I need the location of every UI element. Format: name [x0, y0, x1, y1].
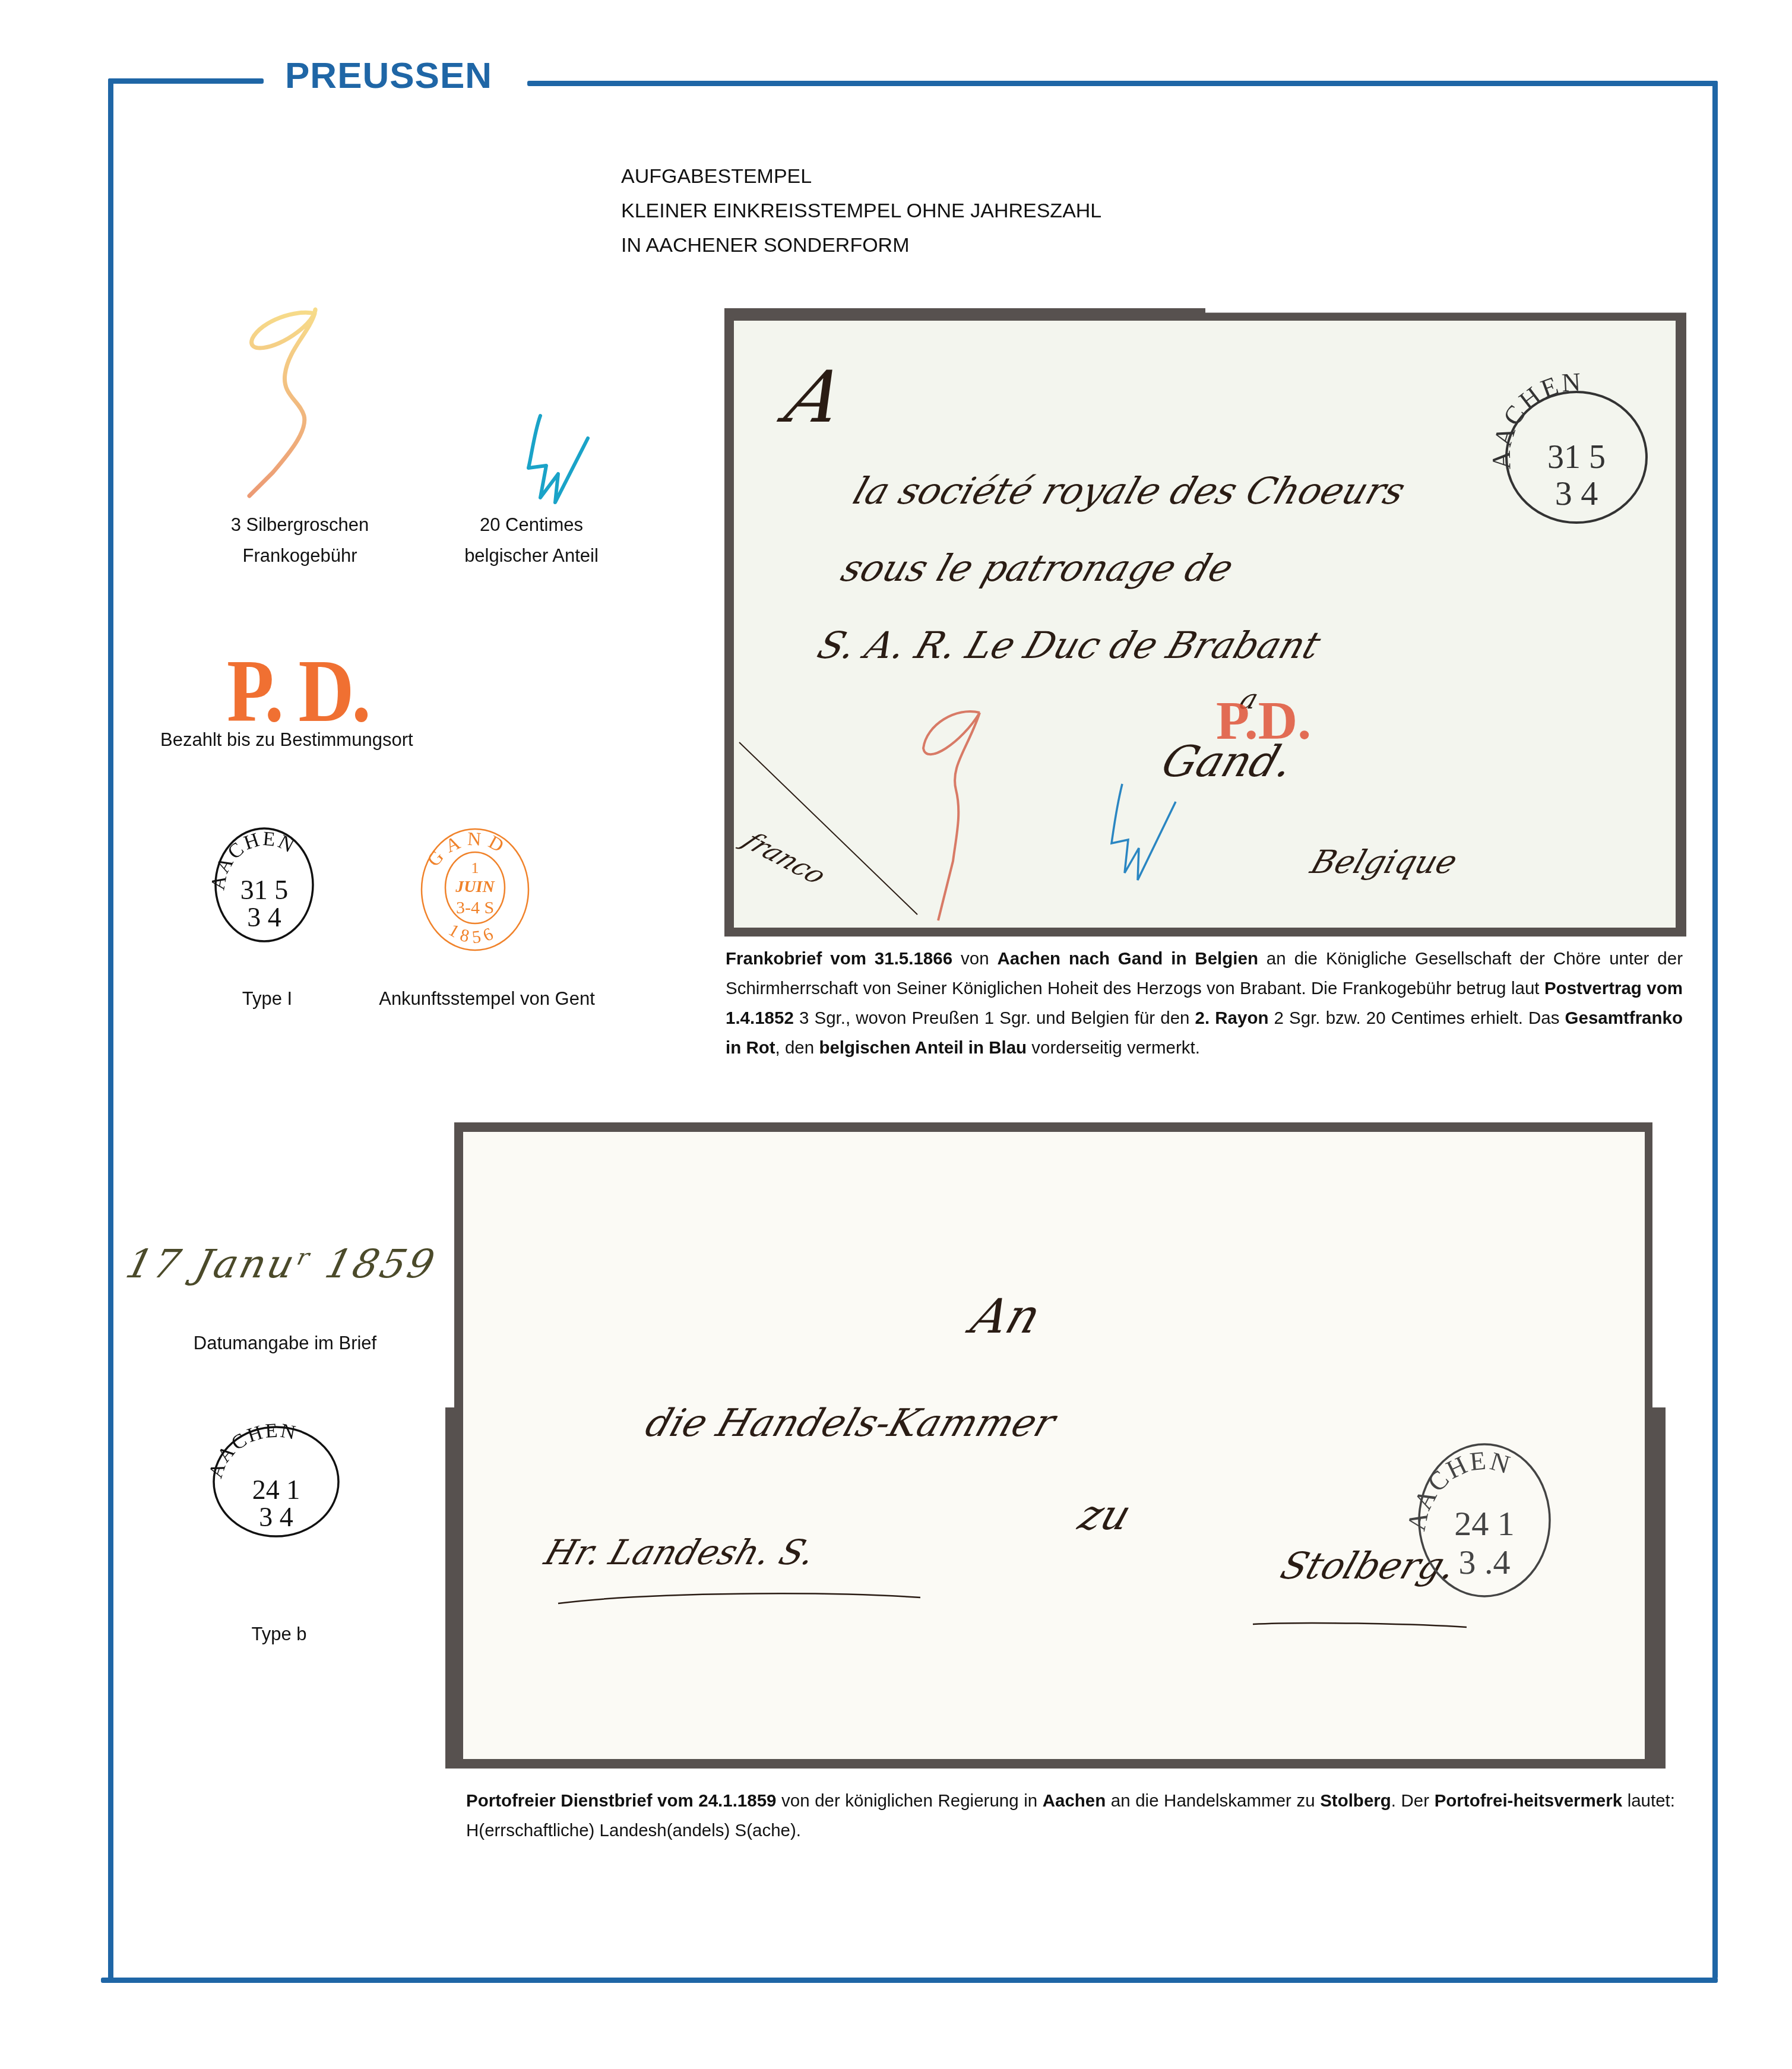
caption-segment: , den: [775, 1038, 819, 1058]
svg-text:JUIN: JUIN: [455, 878, 495, 896]
caption-segment: . Der: [1391, 1791, 1435, 1811]
centimes-label: 20 Centimes belgischer Anteil: [439, 510, 623, 571]
label-line: 20 Centimes: [439, 510, 623, 540]
caption-segment: von der königlichen Regierung in: [776, 1791, 1042, 1811]
svg-text:1: 1: [471, 859, 479, 877]
cover-1-pd-mark: P.D.: [1216, 689, 1311, 752]
aachen-type1-stamp: AACHEN 31 5 3 4: [208, 825, 321, 944]
section-heading: AUFGABESTEMPEL KLEINER EINKREISSTEMPEL O…: [621, 159, 1101, 262]
label-line: 3 Silbergroschen: [202, 510, 398, 540]
frame-bottom: [101, 1978, 1718, 1983]
aachen-typeb-stamp: AACHEN 24 1 3 4: [205, 1419, 347, 1538]
cover-2-franchise-note: Hr. Landesh. S.: [540, 1532, 821, 1573]
svg-text:3 4: 3 4: [259, 1502, 293, 1532]
svg-text:24 1: 24 1: [252, 1475, 300, 1505]
label-line: Frankogebühr: [202, 540, 398, 571]
caption-segment: 2. Rayon: [1195, 1008, 1269, 1028]
caption-segment: Stolberg: [1320, 1791, 1391, 1811]
gand-arrival-stamp: GAND 1856 1 JUIN 3-4 S: [416, 825, 534, 956]
cover-1-address-line: sous le patronage de: [836, 546, 1239, 590]
svg-text:3 4: 3 4: [247, 902, 281, 932]
heading-line: KLEINER EINKREISSTEMPEL OHNE JAHRESZAHL: [621, 194, 1101, 228]
svg-text:24 1: 24 1: [1454, 1504, 1515, 1543]
caption-segment: Aachen: [1043, 1791, 1106, 1811]
caption-segment: Frankobrief vom 31.5.1866: [726, 949, 952, 969]
cover-1-blue-w-mark-icon: [1104, 778, 1182, 885]
svg-text:3-4 S: 3-4 S: [456, 898, 494, 918]
cover-2-address-line: die Handels-Kammer: [640, 1402, 1060, 1445]
typeb-label: Type b: [238, 1619, 321, 1650]
cover-1-address-line: S. A. R. Le Duc de Brabant: [812, 624, 1326, 667]
page-title: PREUSSEN: [285, 55, 492, 97]
silbergroschen-mark-icon: [226, 297, 344, 499]
cover-2-aachen-postmark: AACHEN 24 1 3 .4: [1401, 1431, 1568, 1609]
cover-2-underlines: [534, 1568, 1484, 1639]
cover-1-aachen-postmark: AACHEN 31 5 3 4: [1487, 380, 1666, 534]
caption-segment: 3 Sgr., wovon Preußen 1 Sgr. und Belgien…: [794, 1008, 1195, 1028]
svg-text:1856: 1856: [445, 920, 501, 947]
cover-1-caption: Frankobrief vom 31.5.1866 von Aachen nac…: [726, 944, 1683, 1063]
cover-1-address-line: Belgique: [1306, 843, 1462, 881]
heading-line: AUFGABESTEMPEL: [621, 159, 1101, 194]
svg-text:3 4: 3 4: [1555, 474, 1598, 512]
svg-text:31 5: 31 5: [1547, 439, 1606, 476]
svg-text:AACHEN: AACHEN: [205, 1420, 299, 1481]
cover-2-caption: Portofreier Dienstbrief vom 24.1.1859 vo…: [466, 1786, 1675, 1846]
pd-label: Bezahlt bis zu Bestimmungsort: [160, 725, 445, 755]
frame-left: [108, 78, 113, 1982]
centimes-mark-icon: [517, 409, 600, 510]
frame-top-left: [108, 78, 264, 84]
heading-line: IN AACHENER SONDERFORM: [621, 228, 1101, 262]
caption-segment: Aachen nach Gand in Belgien: [998, 949, 1258, 969]
date-label: Datumangabe im Brief: [178, 1328, 392, 1359]
caption-segment: 2 Sgr. bzw. 20 Centimes erhielt. Das: [1268, 1008, 1565, 1028]
caption-segment: an die Handelskammer zu: [1106, 1791, 1320, 1811]
caption-segment: Portofrei-heitsvermerk: [1435, 1791, 1622, 1811]
silbergroschen-label: 3 Silbergroschen Frankogebühr: [202, 510, 398, 571]
gand-label: Ankunftsstempel von Gent: [368, 983, 606, 1014]
svg-text:3 .4: 3 .4: [1459, 1543, 1511, 1581]
svg-text:GAND: GAND: [423, 828, 513, 871]
cover-1-red-3-mark-icon: [891, 701, 998, 926]
caption-segment: von: [952, 949, 997, 969]
label-line: belgischer Anteil: [439, 540, 623, 571]
type1-label: Type I: [232, 983, 303, 1014]
svg-text:31 5: 31 5: [240, 875, 289, 905]
frame-right: [1712, 81, 1718, 1979]
cover-1-address-line: la société royale des Choeurs: [848, 469, 1411, 512]
caption-segment: Portofreier Dienstbrief vom 24.1.1859: [466, 1791, 776, 1811]
caption-segment: vorderseitig vermerkt.: [1027, 1038, 1200, 1058]
caption-segment: belgischen Anteil in Blau: [819, 1038, 1027, 1058]
handwritten-date: 17 Januʳ 1859: [121, 1241, 441, 1287]
frame-top-right: [527, 81, 1718, 86]
